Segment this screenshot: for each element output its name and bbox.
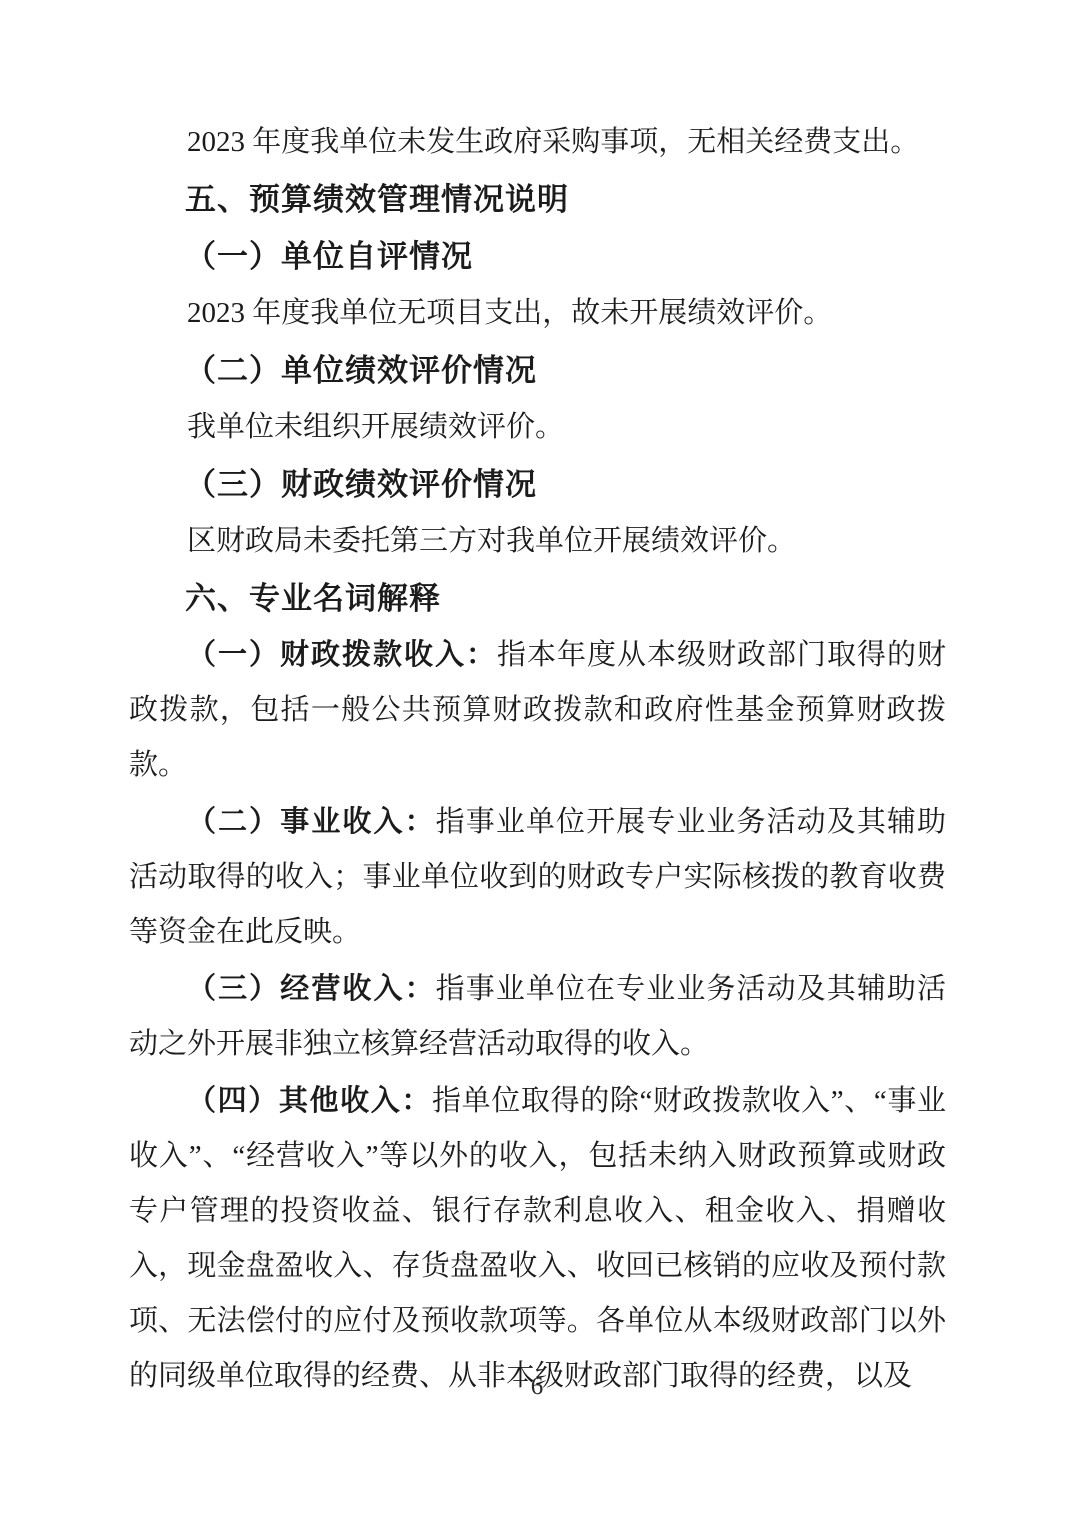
subheading-unit-self-evaluation: （一）单位自评情况 xyxy=(129,229,946,284)
subheading-fiscal-performance-evaluation: （三）财政绩效评价情况 xyxy=(129,457,946,512)
heading-section-six-terminology: 六、专业名词解释 xyxy=(129,571,946,626)
definition-operating-income: （三）经营收入：指事业单位在专业业务活动及其辅助活动之外开展非独立核算经营活动取… xyxy=(129,962,946,1072)
definition-other-income: （四）其他收入：指单位取得的除“财政拨款收入”、“事业收入”、“经营收入”等以外… xyxy=(129,1074,946,1404)
heading-section-five-budget-performance: 五、预算绩效管理情况说明 xyxy=(129,172,946,227)
definition-term-body: 指单位取得的除“财政拨款收入”、“事业收入”、“经营收入”等以外的收入，包括未纳… xyxy=(129,1085,946,1392)
definition-term-label: （二）事业收入： xyxy=(187,806,436,838)
paragraph-no-evaluation-organized: 我单位未组织开展绩效评价。 xyxy=(129,400,946,455)
paragraph-government-procurement: 2023 年度我单位未发生政府采购事项，无相关经费支出。 xyxy=(129,115,946,170)
subheading-unit-performance-evaluation: （二）单位绩效评价情况 xyxy=(129,343,946,398)
page-number: 6 xyxy=(0,1372,1074,1402)
definition-institutional-income: （二）事业收入：指事业单位开展专业业务活动及其辅助活动取得的收入；事业单位收到的… xyxy=(129,795,946,960)
definition-term-label: （四）其他收入： xyxy=(187,1085,432,1117)
document-content: 2023 年度我单位未发生政府采购事项，无相关经费支出。 五、预算绩效管理情况说… xyxy=(129,115,946,1406)
paragraph-no-project-expenditure: 2023 年度我单位无项目支出，故未开展绩效评价。 xyxy=(129,286,946,341)
definition-term-label: （三）经营收入： xyxy=(187,973,436,1005)
paragraph-finance-bureau-no-third-party: 区财政局未委托第三方对我单位开展绩效评价。 xyxy=(129,514,946,569)
definition-term-label: （一）财政拨款收入： xyxy=(187,639,497,671)
document-page: 2023 年度我单位未发生政府采购事项，无相关经费支出。 五、预算绩效管理情况说… xyxy=(0,0,1074,1520)
definition-fiscal-appropriation-income: （一）财政拨款收入：指本年度从本级财政部门取得的财政拨款，包括一般公共预算财政拨… xyxy=(129,628,946,793)
